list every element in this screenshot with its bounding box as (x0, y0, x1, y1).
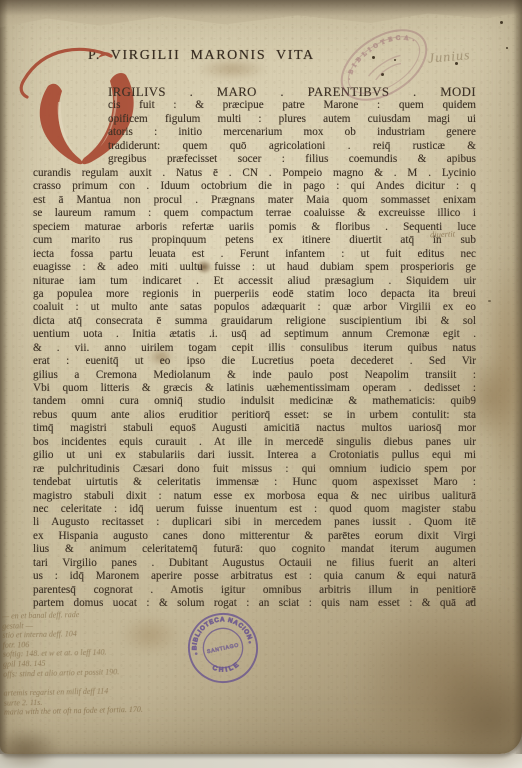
photograph-of-incunabulum-page: P. VIRGILII MARONIS VITA IRGILIVS . MARO… (0, 0, 522, 768)
text-line: speciem maturae arboris refertæ uariis p… (33, 221, 476, 234)
backing-page-edge (0, 754, 522, 768)
text-line: tendebat uirtutis & celeritatis immensæ … (33, 476, 476, 489)
text-line: timq̄ magistri stabuli equos̄ Augusti am… (33, 422, 476, 435)
text-line: rebus quum ante alios eruditior peritior… (33, 409, 476, 422)
wormhole-dot (500, 21, 503, 24)
text-line: gilio ut uni ex stabulariis dari iussit.… (33, 449, 476, 462)
body-text-block: curandis regulam auxit . Natus ē . CN . … (33, 167, 476, 610)
text-line: uentium uota . Initia ætatis .i. usq̄ ad… (33, 328, 476, 341)
wormhole-dot (488, 300, 491, 302)
text-line: coaluit : ut multo ante satas populos ad… (33, 301, 476, 314)
text-line: atoris : initio mercenarium mox ob indus… (108, 126, 476, 139)
text-line: est ā Mantua non procul . Prægnans mater… (33, 194, 476, 207)
text-line: nec celeritate : idq̄ uerum fuisse inuen… (33, 503, 476, 516)
text-line: erat : euenitq̄ ut eo ipso die Lucretius… (33, 355, 476, 368)
text-line: ex Hispania augusto canes dono mitterent… (33, 530, 476, 543)
water-stain (430, 665, 522, 768)
text-line: gilius a Cremona Mediolanum & inde paulo… (33, 369, 476, 382)
text-line: Vbi quom litteris & græcis & latinis uæh… (33, 382, 476, 395)
text-line: & . vii. anno uirilem togam cepit illis … (33, 342, 476, 355)
text-line: tari Virgilio panes . Dubitant Augustus … (33, 557, 476, 570)
text-line: cum marito rus propinquum petens ex itin… (33, 234, 476, 247)
text-line: tradiderunt: quem quō agricolationi . re… (108, 140, 476, 153)
text-line: magistro stabuli dixit : natum esse ex m… (33, 490, 476, 503)
text-line: curandis regulam auxit . Natus ē . CN . … (33, 167, 476, 180)
round-library-stamp: BIBLIOTECA NACIONAL CHILE SANTIAGO (179, 604, 267, 692)
text-line: euagisse : & adeo miti uultu fuisse : ut… (33, 261, 476, 274)
text-line: bos incidentes equis curauit . At ille i… (33, 436, 476, 449)
top-edge-shadow (0, 0, 522, 16)
text-line: li Augusto recitasset : duplicari sibi i… (33, 516, 476, 529)
wormhole-dot (506, 47, 508, 49)
text-line: dicta atq̄ consecrata ē summa grauidarum… (33, 315, 476, 328)
text-line: ræ pulchritudinis Cæsari dono fuit missu… (33, 463, 476, 476)
text-line: parentesq̄ cognorat . Amotis igitur omni… (33, 584, 476, 597)
text-line: us : idq̄ Maronem aperire posse arbitrat… (33, 570, 476, 583)
text-line: opificem figulum multi : plures autem cu… (108, 113, 476, 126)
oval-library-stamp: · B I B L I O T E C A · (333, 20, 435, 110)
svg-text:SANTIAGO: SANTIAGO (207, 643, 240, 656)
text-line: crasso primum con . Iduum octobrium die … (33, 180, 476, 193)
text-line: gregibus præfecisset socer : filius coem… (108, 153, 476, 166)
text-line: se laureum ramum : quem compactum terrae… (33, 207, 476, 220)
svg-text:CHILE: CHILE (210, 659, 243, 677)
text-line: tandem omni cura omniq̄ studio indulsit … (33, 395, 476, 408)
manuscript-page: P. VIRGILII MARONIS VITA IRGILIVS . MARO… (0, 0, 522, 754)
text-line: lius & animum celeritatemq̄ futurā: quo … (33, 543, 476, 556)
text-line: niturae iam tum indicaret . Et accessit … (33, 275, 476, 288)
marginal-gloss: diuertit (430, 229, 455, 240)
text-line: ga populea more regionis in puerperiis e… (33, 288, 476, 301)
water-stain (352, 585, 522, 768)
right-edge-shadow (513, 0, 522, 754)
text-line: iecta fossa partu leuata est . Ferunt in… (33, 248, 476, 261)
